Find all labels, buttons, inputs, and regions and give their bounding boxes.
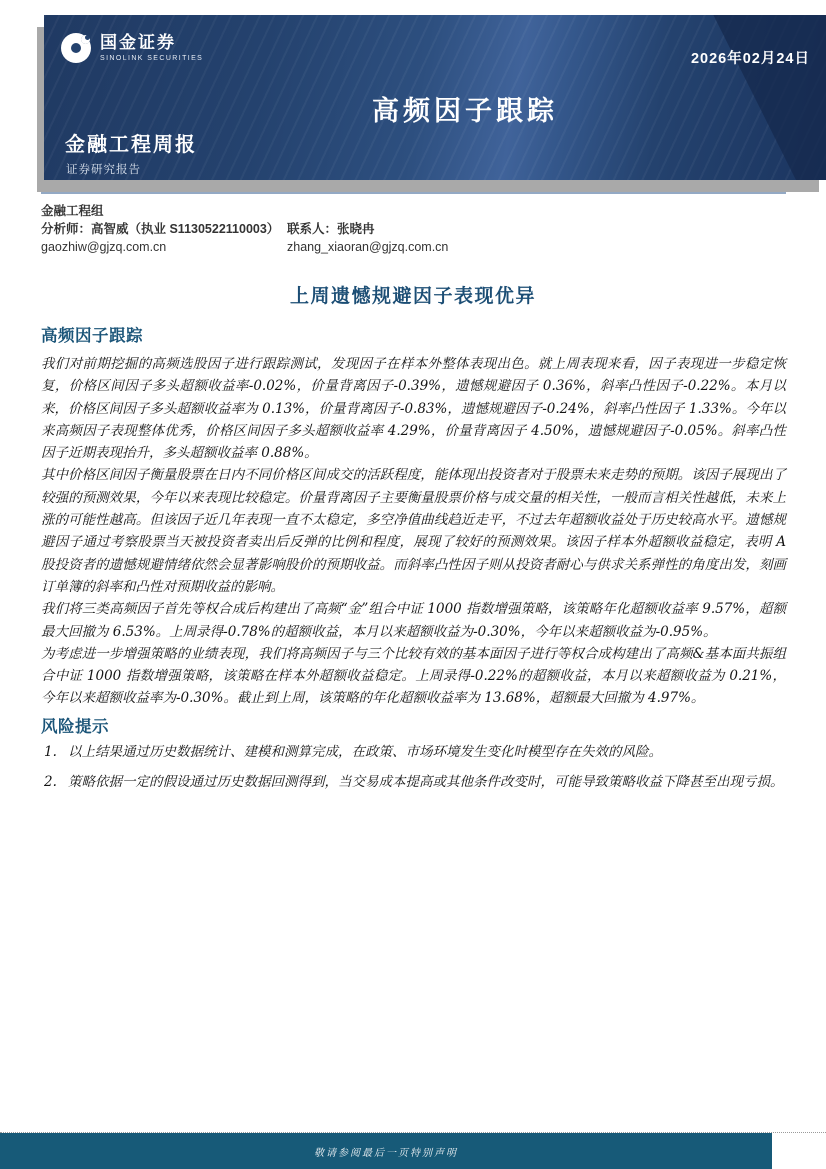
brand-name-cn: 国金证券 — [100, 34, 203, 53]
report-doc-type: 证券研究报告 — [66, 161, 141, 177]
brand-name: 国金证券 SINOLINK SECURITIES — [100, 34, 203, 62]
article-headline: 上周遗憾规避因子表现优异 — [0, 281, 826, 308]
report-title: 高频因子跟踪 — [44, 89, 826, 128]
brand-name-en: SINOLINK SECURITIES — [100, 55, 203, 63]
risk-item-1-number: 1. — [44, 742, 57, 763]
risk-item-1: 1. 以上结果通过历史数据统计、建模和测算完成，在政策、市场环境发生变化时模型存… — [41, 742, 786, 763]
tracking-paragraph-3: 我们将三类高频因子首先等权合成后构建出了高频“金”组合中证 1000 指数增强策… — [41, 598, 786, 643]
page-footer: 敬请参阅最后一页特别声明 — [0, 1132, 826, 1169]
brand-logo: 国金证券 SINOLINK SECURITIES — [61, 33, 203, 63]
risk-list: 1. 以上结果通过历史数据统计、建模和测算完成，在政策、市场环境发生变化时模型存… — [41, 742, 786, 793]
footer-notice-bar: 敬请参阅最后一页特别声明 — [0, 1133, 772, 1169]
section-title-tracking: 高频因子跟踪 — [41, 322, 786, 346]
report-header-banner: 国金证券 SINOLINK SECURITIES 2026年02月24日 高频因… — [44, 15, 826, 180]
report-date: 2026年02月24日 — [691, 47, 810, 68]
section-title-risk: 风险提示 — [41, 713, 786, 737]
report-page: 国金证券 SINOLINK SECURITIES 2026年02月24日 高频因… — [0, 0, 826, 1169]
article-body: 高频因子跟踪 我们对前期挖掘的高频选股因子进行跟踪测试，发现因子在样本外整体表现… — [41, 322, 786, 802]
contact-email: zhang_xiaoran@gjzq.com.cn — [287, 238, 448, 256]
risk-item-2-text: 策略依据一定的假设通过历史数据回测得到，当交易成本提高或其他条件改变时，可能导致… — [68, 774, 784, 790]
analyst-email: gaozhiw@gjzq.com.cn — [41, 238, 287, 256]
sinolink-ring-icon — [61, 33, 91, 63]
footer-notice-text: 敬请参阅最后一页特别声明 — [314, 1144, 458, 1159]
tracking-paragraph-2: 其中价格区间因子衡量股票在日内不同价格区间成交的活跃程度，能体现出投资者对于股票… — [41, 464, 786, 598]
risk-item-1-text: 以上结果通过历史数据统计、建模和测算完成，在政策、市场环境发生变化时模型存在失效… — [68, 744, 662, 760]
report-series: 金融工程周报 — [65, 128, 197, 157]
risk-item-2-number: 2. — [44, 772, 57, 793]
tracking-paragraphs: 我们对前期挖掘的高频选股因子进行跟踪测试，发现因子在样本外整体表现出色。就上周表… — [41, 353, 786, 710]
contact-label: 联系人：张晓冉 — [287, 220, 375, 238]
team-group-label: 金融工程组 — [41, 202, 104, 220]
research-team-block: 金融工程组 分析师：高智威（执业 S1130522110003） 联系人：张晓冉… — [41, 202, 786, 256]
tracking-paragraph-4: 为考虑进一步增强策略的业绩表现，我们将高频因子与三个比较有效的基本面因子进行等权… — [41, 643, 786, 710]
header-divider — [41, 192, 786, 194]
analyst-label: 分析师：高智威（执业 S1130522110003） — [41, 220, 287, 238]
risk-item-2: 2. 策略依据一定的假设通过历史数据回测得到，当交易成本提高或其他条件改变时，可… — [41, 772, 786, 793]
tracking-paragraph-1: 我们对前期挖掘的高频选股因子进行跟踪测试，发现因子在样本外整体表现出色。就上周表… — [41, 353, 786, 464]
